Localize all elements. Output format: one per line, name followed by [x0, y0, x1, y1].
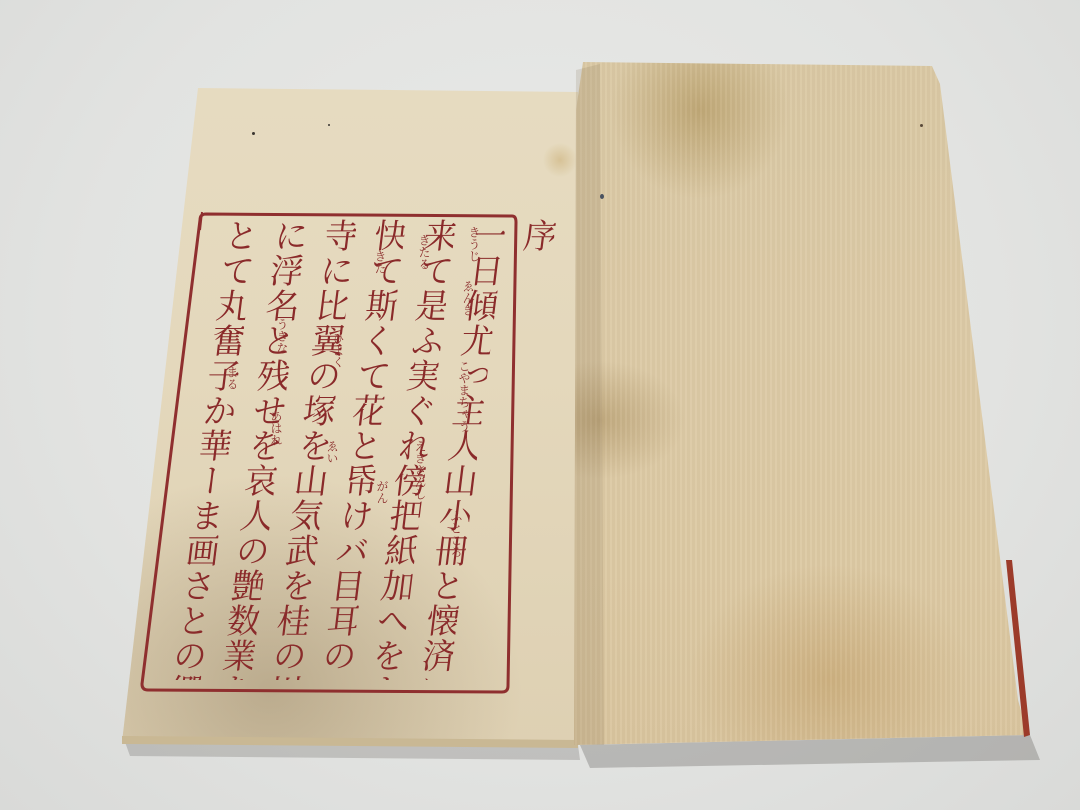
ink-speck [328, 124, 330, 126]
furigana: ひよく [330, 332, 347, 368]
furigana: えきさんし [412, 440, 429, 500]
furigana: がん [374, 480, 391, 504]
furigana: ふところ [448, 510, 465, 558]
furigana: あはれ [268, 410, 285, 446]
furigana: ゑんき [460, 280, 477, 316]
ink-speck [920, 124, 923, 127]
furigana: きた [372, 250, 389, 274]
furigana: きたる [416, 234, 433, 270]
furigana: まる [224, 366, 241, 390]
furigana: こやまちゃう [456, 360, 473, 432]
preface-text: 序 一日傾尤っ主人山小冊と懐済にし 来て是ふ実ぐれ傍把紙加へをよう只 快て斯くて… [160, 218, 562, 686]
ink-speck [252, 132, 255, 135]
furigana: ゑい [324, 440, 341, 464]
furigana: きうじ [466, 226, 483, 262]
ink-speck [600, 194, 604, 199]
furigana: うきな [274, 318, 291, 354]
